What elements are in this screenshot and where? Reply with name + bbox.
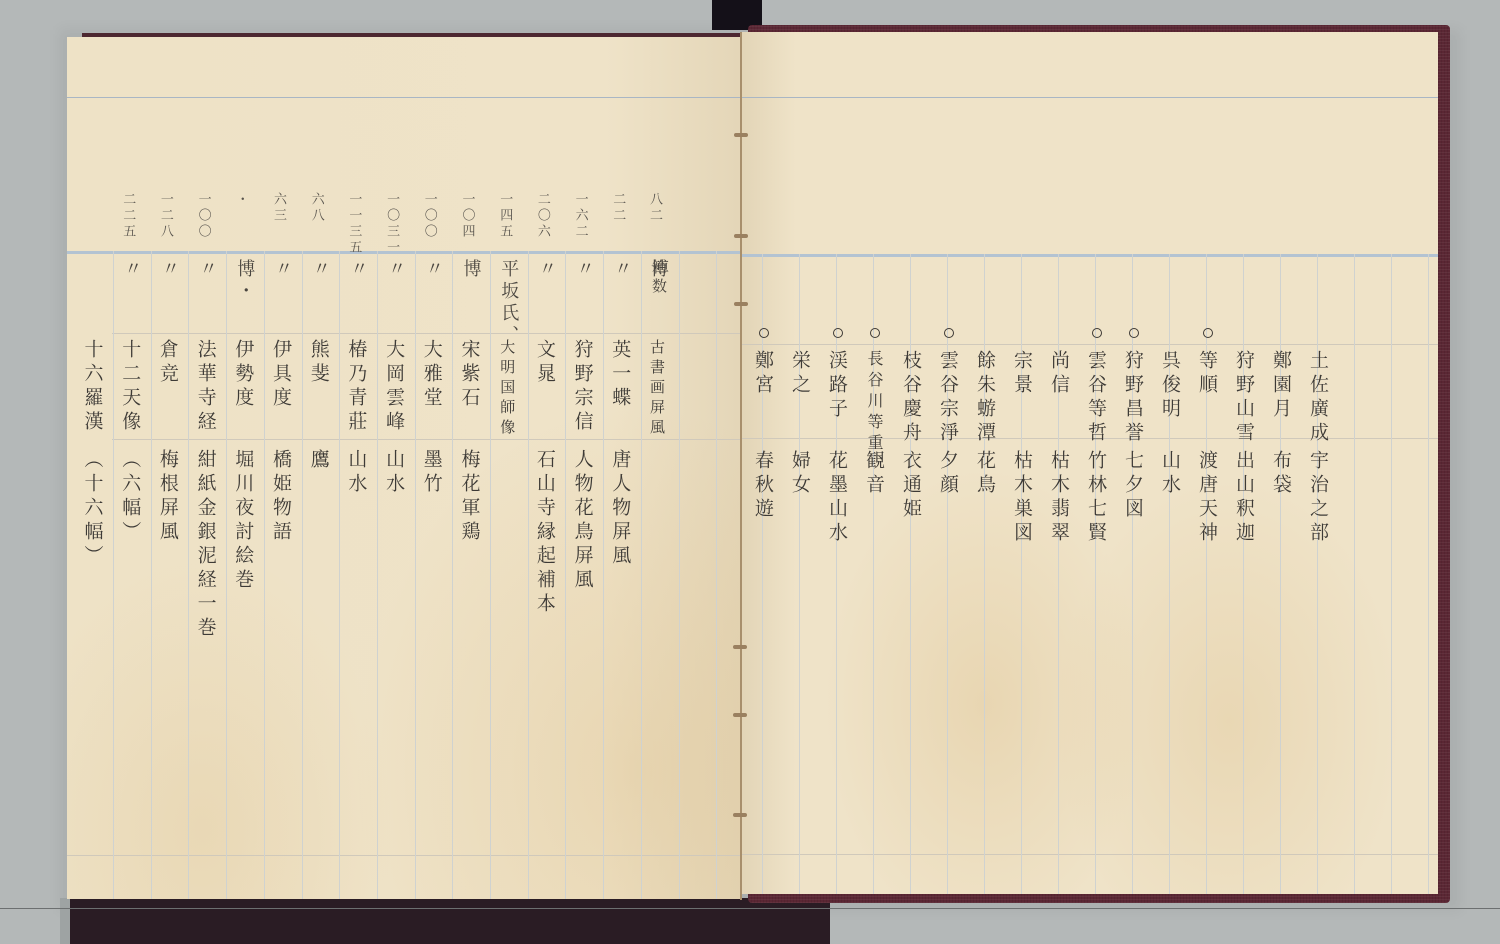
catalog-number: 一〇〇 xyxy=(420,192,439,240)
artist-name: 餘朱蝣潭 xyxy=(969,350,1001,446)
selection-circle-mark xyxy=(833,328,843,338)
catalog-number: 一六二 xyxy=(571,192,590,240)
bottom-rule xyxy=(740,854,1438,855)
artist-name: 狩野山雪 xyxy=(1228,350,1260,446)
artist-name: 十二天像 xyxy=(114,339,146,435)
selection-circle-mark xyxy=(759,328,769,338)
artwork-title: 唐人物屏風 xyxy=(604,449,636,569)
artwork-title: 鷹 xyxy=(303,449,335,473)
mid-rule xyxy=(740,344,1438,345)
source-mark: 〃 xyxy=(382,259,408,281)
catalog-number: ・ xyxy=(231,192,250,208)
artwork-title: 山水 xyxy=(340,449,372,497)
artwork-title: 枯木翡翠 xyxy=(1043,450,1075,546)
artwork-title: 出山釈迦 xyxy=(1228,450,1260,546)
artist-name: 狩野宗信 xyxy=(567,339,599,435)
source-mark: 博・ xyxy=(231,259,257,303)
artist-name: 十六羅漢 xyxy=(77,339,109,435)
column-rule xyxy=(1391,254,1392,894)
artwork-title: 花墨山水 xyxy=(821,450,853,546)
artwork-title: 竹林七賢 xyxy=(1080,450,1112,546)
artwork-title: 夕顔 xyxy=(932,450,964,498)
source-mark: 〃 xyxy=(571,259,597,281)
artwork-title: 橋姫物語 xyxy=(265,449,297,545)
artist-name: 大雅堂 xyxy=(416,339,448,411)
source-mark: 〃 xyxy=(156,259,182,281)
artist-name: 宗景 xyxy=(1006,350,1038,398)
catalog-number: 二〇六 xyxy=(533,192,552,240)
artist-name: 熊斐 xyxy=(303,339,335,387)
column-rule xyxy=(1354,254,1355,894)
selection-circle-mark xyxy=(870,328,880,338)
column-rule xyxy=(679,251,680,899)
artist-name: 鄭宮 xyxy=(747,350,779,398)
artist-name: 倉竞 xyxy=(152,339,184,387)
source-mark: 平坂氏、 xyxy=(495,259,521,347)
right-page: 土佐廣成宇治之部鄭園月布袋狩野山雪出山釈迦等順渡唐天神呉俊明山水狩野昌誉七夕図雲… xyxy=(740,32,1438,894)
artist-name: 伊具度 xyxy=(265,339,297,411)
artist-name: 文晁 xyxy=(529,339,561,387)
artist-name: 古書画屏風 xyxy=(641,339,673,439)
header-rule xyxy=(740,254,1438,257)
artist-name: 椿乃青莊 xyxy=(340,339,372,435)
artwork-title: 渡唐天神 xyxy=(1191,450,1223,546)
artist-name: 法華寺経 xyxy=(190,339,222,435)
artwork-title: 堀川夜討絵巻 xyxy=(227,449,259,593)
book-gutter xyxy=(740,32,742,900)
artwork-title: 人物花鳥屏風 xyxy=(567,449,599,593)
artwork-title: 花鳥 xyxy=(969,450,1001,498)
source-mark: 博 xyxy=(458,259,484,281)
artwork-title: 墨竹 xyxy=(416,449,448,497)
catalog-number: 二二 xyxy=(608,192,627,224)
artwork-title: 紺紙金銀泥経一巻 xyxy=(190,449,222,641)
artist-name: 大明国師像 xyxy=(491,339,523,439)
binding-stitch xyxy=(734,133,748,137)
table-edge xyxy=(0,908,1500,909)
artwork-title: 観音 xyxy=(858,450,890,498)
mid-rule xyxy=(112,333,740,334)
artwork-title: 婦女 xyxy=(784,450,816,498)
catalog-number: 一〇三一 xyxy=(382,192,401,256)
artist-name: 狩野昌誉 xyxy=(1117,350,1149,446)
artist-name: 雲谷等哲 xyxy=(1080,350,1112,446)
source-mark: 〃 xyxy=(420,259,446,281)
artist-name: 宋紫石 xyxy=(454,339,486,411)
artwork-title: （六幅） xyxy=(114,449,146,545)
source-mark: 〃 xyxy=(533,259,559,281)
binding-stitch xyxy=(733,713,747,717)
artwork-title: 梅根屏風 xyxy=(152,449,184,545)
selection-circle-mark xyxy=(1203,328,1213,338)
source-mark: 〃 xyxy=(194,259,220,281)
mid-rule-2 xyxy=(112,439,740,440)
artwork-title: 石山寺縁起補本 xyxy=(529,449,561,617)
binding-stitch xyxy=(733,813,747,817)
catalog-number: 一二八 xyxy=(156,192,175,240)
artwork-title: 布袋 xyxy=(1265,450,1297,498)
artwork-title: 七夕図 xyxy=(1117,450,1149,522)
catalog-number: 六八 xyxy=(307,192,326,224)
catalog-number: 一〇〇 xyxy=(194,192,213,240)
top-rule xyxy=(740,97,1438,98)
bottom-rule xyxy=(67,855,740,856)
artwork-title: 山水 xyxy=(1154,450,1186,498)
source-mark: 博 xyxy=(645,259,671,281)
source-mark: 〃 xyxy=(608,259,634,281)
header-rule xyxy=(67,251,740,254)
artist-name: 大岡雲峰 xyxy=(378,339,410,435)
artwork-title: 山水 xyxy=(378,449,410,497)
artwork-title: 宇治之部 xyxy=(1302,450,1334,546)
artwork-title: 衣通姫 xyxy=(895,450,927,522)
artwork-title: 枯木巣図 xyxy=(1006,450,1038,546)
top-rule xyxy=(67,97,740,98)
binding-stitch xyxy=(733,645,747,649)
catalog-number: 一〇四 xyxy=(458,192,477,240)
artist-name: 枝谷慶舟 xyxy=(895,350,927,446)
artist-name: 渓路子 xyxy=(821,350,853,422)
catalog-number: 一四五 xyxy=(495,192,514,240)
binding-stitch xyxy=(734,302,748,306)
artwork-title: （十六幅） xyxy=(77,449,109,569)
artist-name: 尚信 xyxy=(1043,350,1075,398)
artist-name: 呉俊明 xyxy=(1154,350,1186,422)
selection-circle-mark xyxy=(1129,328,1139,338)
column-rule xyxy=(1428,254,1429,894)
source-mark: 〃 xyxy=(118,259,144,281)
catalog-number: 六三 xyxy=(269,192,288,224)
catalog-number: 一一三五 xyxy=(344,192,363,256)
catalog-number: 二二五 xyxy=(118,192,137,240)
artist-name: 土佐廣成 xyxy=(1302,350,1334,446)
artist-name: 雲谷宗淨 xyxy=(932,350,964,446)
artist-name: 鄭園月 xyxy=(1265,350,1297,422)
artist-name: 等順 xyxy=(1191,350,1223,398)
artist-name: 英一蝶 xyxy=(604,339,636,411)
source-mark: 〃 xyxy=(344,259,370,281)
column-rule xyxy=(716,251,717,899)
left-page: 箱数八二博古書画屏風二二〃英一蝶唐人物屏風一六二〃狩野宗信人物花鳥屏風二〇六〃文… xyxy=(67,37,740,899)
dark-strip-bottom xyxy=(70,898,830,944)
selection-circle-mark xyxy=(944,328,954,338)
artist-name: 栄之 xyxy=(784,350,816,398)
source-mark: 〃 xyxy=(307,259,333,281)
catalog-number: 八二 xyxy=(645,192,664,224)
artwork-title: 梅花軍鶏 xyxy=(454,449,486,545)
selection-circle-mark xyxy=(1092,328,1102,338)
artwork-title: 春秋遊 xyxy=(747,450,779,522)
artist-name: 伊勢度 xyxy=(227,339,259,411)
source-mark: 〃 xyxy=(269,259,295,281)
binding-stitch xyxy=(734,234,748,238)
